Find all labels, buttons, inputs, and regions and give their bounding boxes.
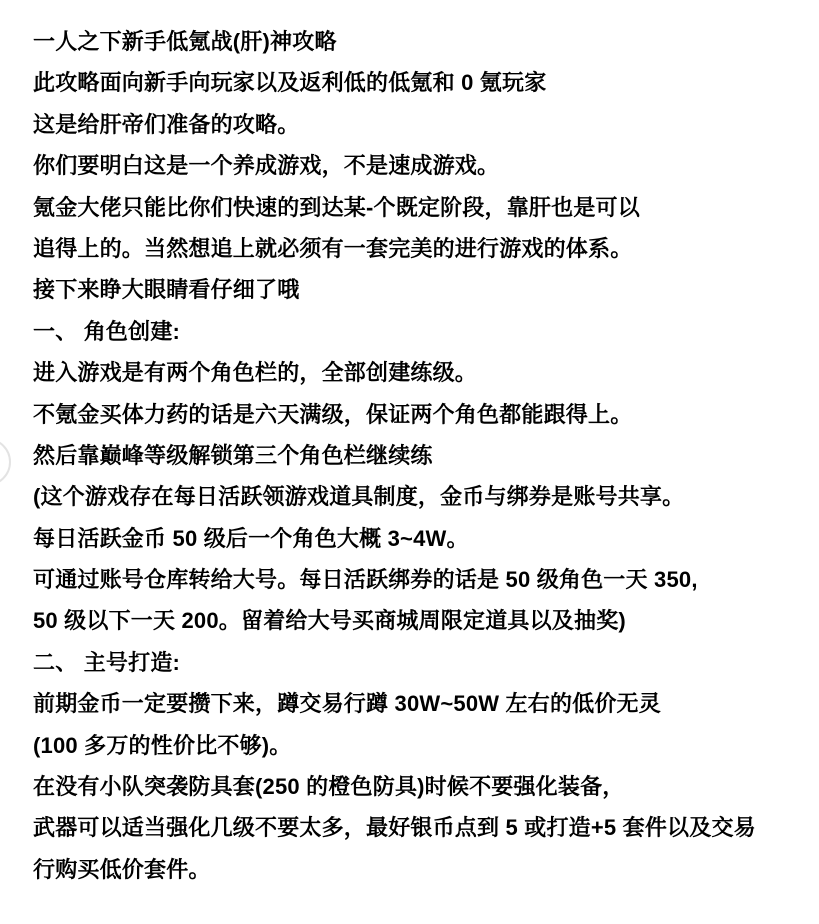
- text-line: 不氪金买体力药的话是六天满级，保证两个角色都能跟得上。: [33, 394, 803, 435]
- text-line: (这个游戏存在每日活跃领游戏道具制度，金币与绑券是账号共享。: [33, 476, 803, 517]
- text-line: 前期金币一定要攒下来，蹲交易行蹲 30W~50W 左右的低价无灵: [33, 683, 803, 724]
- text-line: 可通过账号仓库转给大号。每日活跃绑券的话是 50 级角色一天 350,: [33, 559, 803, 600]
- text-line: 武器可以适当强化几级不要太多，最好银币点到 5 或打造+5 套件以及交易: [33, 807, 803, 848]
- document-text-block: 一人之下新手低氪战(肝)神攻略此攻略面向新手向玩家以及返利低的低氪和 0 氪玩家…: [33, 21, 803, 890]
- text-line: 此攻略面向新手向玩家以及返利低的低氪和 0 氪玩家: [33, 62, 803, 103]
- text-line: 然后靠巅峰等级解锁第三个角色栏继续练: [33, 435, 803, 476]
- text-line: 在没有小队突袭防具套(250 的橙色防具)时候不要强化装备，: [33, 766, 803, 807]
- text-line: (100 多万的性价比不够)。: [33, 725, 803, 766]
- text-line: 行购买低价套件。: [33, 849, 803, 890]
- text-line: 一、 角色创建:: [33, 311, 803, 352]
- text-line: 二、 主号打造:: [33, 642, 803, 683]
- text-line: 接下来睁大眼睛看仔细了哦: [33, 269, 803, 310]
- scroll-indicator-circle: [0, 438, 11, 486]
- document-page: 一人之下新手低氪战(肝)神攻略此攻略面向新手向玩家以及返利低的低氪和 0 氪玩家…: [0, 0, 819, 924]
- text-line: 一人之下新手低氪战(肝)神攻略: [33, 21, 803, 62]
- text-line: 50 级以下一天 200。留着给大号买商城周限定道具以及抽奖): [33, 600, 803, 641]
- text-line: 追得上的。当然想追上就必须有一套完美的进行游戏的体系。: [33, 228, 803, 269]
- text-line: 进入游戏是有两个角色栏的，全部创建练级。: [33, 352, 803, 393]
- text-line: 氪金大佬只能比你们快速的到达某-个既定阶段，靠肝也是可以: [33, 187, 803, 228]
- text-line: 每日活跃金币 50 级后一个角色大概 3~4W。: [33, 518, 803, 559]
- text-line: 这是给肝帝们准备的攻略。: [33, 104, 803, 145]
- text-line: 你们要明白这是一个养成游戏，不是速成游戏。: [33, 145, 803, 186]
